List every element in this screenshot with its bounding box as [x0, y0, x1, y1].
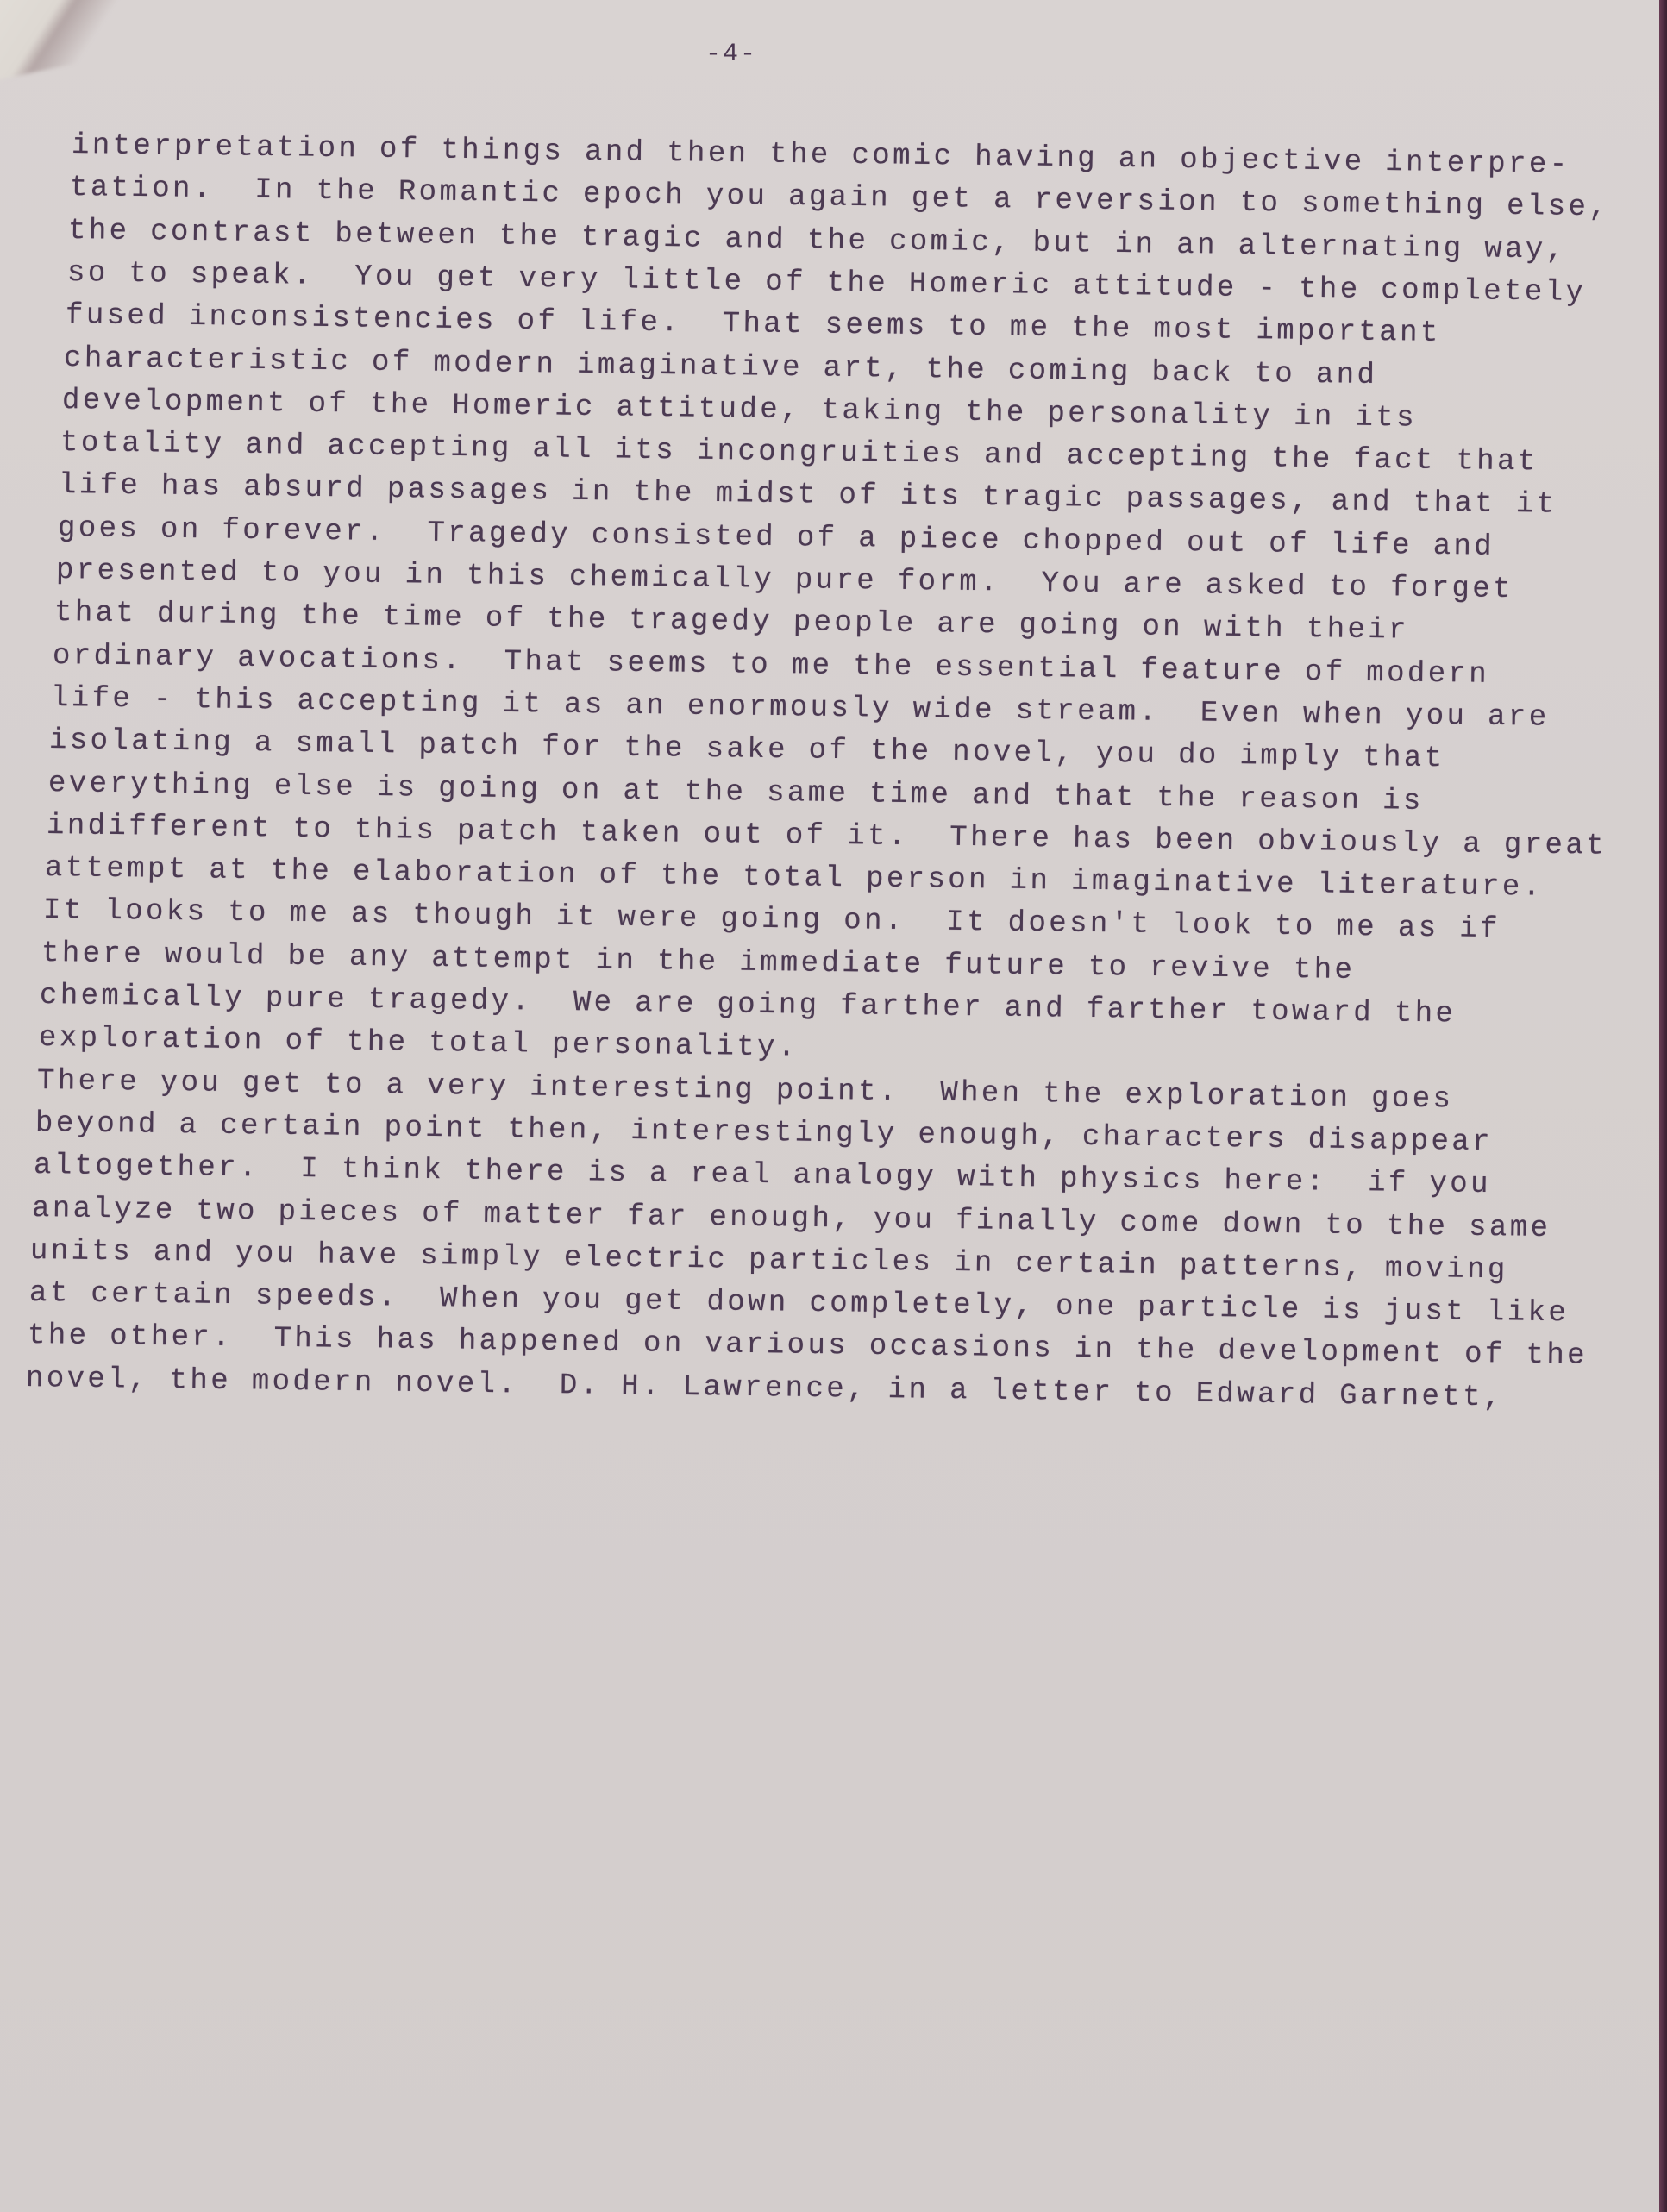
text-line: beyond a certain point then, interesting… — [35, 1107, 1493, 1159]
text-line: everything else is going on at the same … — [47, 768, 1423, 818]
body-text: interpretation of things and then the co… — [0, 0, 1667, 2212]
text-line: there would be any attempt in the immedi… — [41, 937, 1356, 987]
text-line: the contrast between the tragic and the … — [68, 215, 1567, 267]
text-line: There you get to a very interesting poin… — [37, 1065, 1454, 1116]
page-edge-shadow — [1659, 0, 1667, 2212]
text-line: presented to you in this chemically pure… — [55, 555, 1513, 606]
text-line: life has absurd passages in the midst of… — [59, 469, 1557, 522]
text-line: altogether. I think there is a real anal… — [34, 1150, 1491, 1201]
text-line: units and you have simply electric parti… — [30, 1235, 1508, 1287]
text-line: novel, the modern novel. D. H. Lawrence,… — [26, 1363, 1504, 1414]
text-line: analyze two pieces of matter far enough,… — [32, 1193, 1551, 1245]
text-line: characteristic of modern imaginative art… — [64, 342, 1378, 392]
text-line: that during the time of the tragedy peop… — [54, 597, 1409, 648]
text-line: fused inconsistencies of life. That seem… — [65, 299, 1440, 350]
text-line: goes on forever. Tragedy consisted of a … — [57, 512, 1495, 564]
text-line: exploration of the total personality. — [38, 1022, 798, 1065]
text-line: ordinary avocations. That seems to me th… — [53, 640, 1490, 692]
text-line: isolating a small patch for the sake of … — [49, 724, 1445, 775]
text-line: tation. In the Romantic epoch you again … — [70, 172, 1610, 224]
text-line: It looks to me as though it were going o… — [43, 894, 1501, 946]
typewritten-page: -4- interpretation of things and then th… — [0, 0, 1659, 2212]
text-line: chemically pure tragedy. We are going fa… — [40, 980, 1457, 1031]
text-line: development of the Homeric attitude, tak… — [62, 385, 1417, 436]
